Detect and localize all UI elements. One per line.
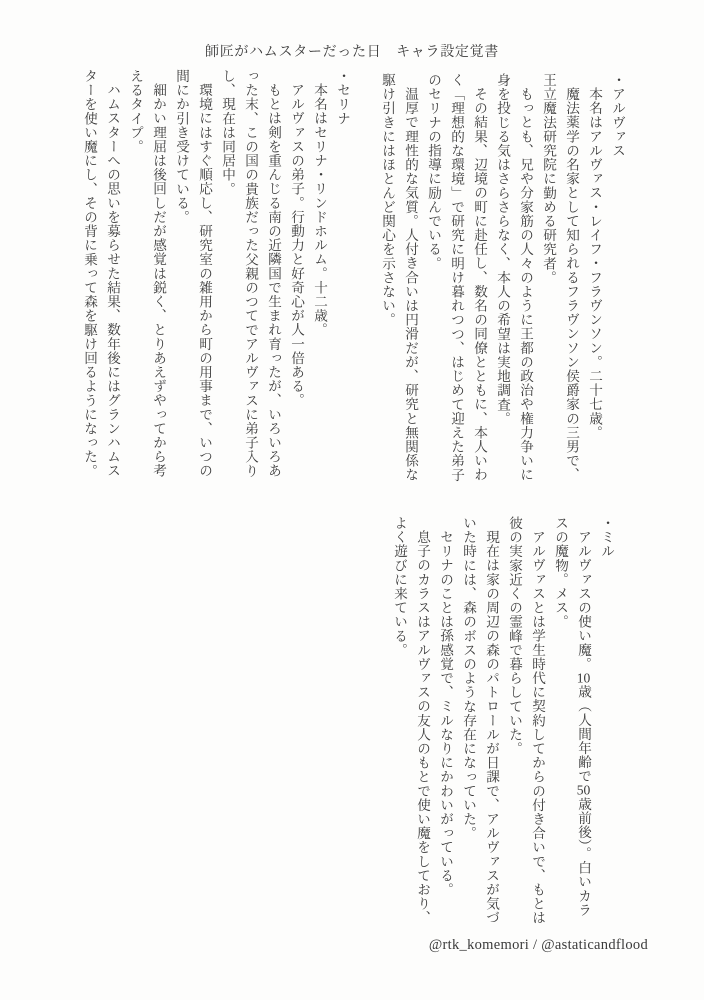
- paragraph: 環境にはすぐ順応し、研究室の雑用から町の用事まで、いつの間にか引き受けている。: [170, 69, 216, 481]
- paragraph: 本名はアルヴァス・レイフ・フラヴンソン。二十七歳。: [583, 73, 606, 485]
- section-alvas-heading: ・アルヴァス: [606, 73, 629, 485]
- paragraph: アルヴァスの弟子。行動力と好奇心が人一倍ある。: [285, 69, 308, 481]
- paragraph: セリナのことは孫感覚で、ミルなりにかわいがっている。: [434, 516, 457, 928]
- paragraph: アルヴァスとは学生時代に契約してからの付き合いで、もとは彼の実家近くの霊峰で暮ら…: [503, 516, 549, 928]
- section-mil-body: アルヴァスの使い魔。10歳（人間年齢で50歳前後）。白いカラスの魔物。メス。アル…: [388, 516, 595, 928]
- paragraph: もっとも、兄や分家筋の人々のように王都の政治や権力争いに身を投じる気はさらさらな…: [491, 73, 537, 485]
- section-serina-heading: ・セリナ: [331, 69, 354, 481]
- tatechuyoko-number: 50: [576, 783, 591, 797]
- document-page: { "page": { "title": "師匠がハムスターだった日 キャラ設定…: [0, 0, 704, 1000]
- paragraph: ハムスターへの思いを募らせた結果、数年後にはグランハムスターを使い魔にし、その背…: [78, 69, 124, 481]
- paragraph: 息子のカラスはアルヴァスの友人のもとで使い魔をしており、よく遊びに来ている。: [388, 516, 434, 928]
- paragraph: もとは剣を重んじる南の近隣国で生まれ育ったが、いろいろあった末、この国の貴族だっ…: [216, 69, 285, 481]
- section-mil-heading: ・ミル: [595, 516, 618, 928]
- paragraph: 現在は家の周辺の森のパトロールが日課で、アルヴァスが気づいた時には、森のボスのよ…: [457, 516, 503, 928]
- section-serina-body: 本名はセリナ・リンドホルム。十二歳。アルヴァスの弟子。行動力と好奇心が人一倍ある…: [78, 69, 331, 481]
- tatechuyoko-number: 10: [576, 671, 591, 685]
- paragraph: 本名はセリナ・リンドホルム。十二歳。: [308, 69, 331, 481]
- paragraph: 細かい理屈は後回しだが感覚は鋭く、とりあえずやってから考えるタイプ。: [124, 69, 170, 481]
- paragraph: その結果、辺境の町に赴任し、数名の同僚とともに、本人いわく「理想的な環境」で研究…: [422, 73, 491, 485]
- credit-line: @rtk_komemori / @astaticandflood: [429, 937, 648, 954]
- page-title: 師匠がハムスターだった日 キャラ設定覚書: [0, 41, 704, 61]
- section-alvas-body: 本名はアルヴァス・レイフ・フラヴンソン。二十七歳。魔法薬学の名家として知られるフ…: [376, 73, 606, 485]
- section-serina: ・セリナ 本名はセリナ・リンドホルム。十二歳。アルヴァスの弟子。行動力と好奇心が…: [78, 69, 354, 481]
- paragraph: 魔法薬学の名家として知られるフラヴンソン侯爵家の三男で、王立魔法研究院に勤める研…: [537, 73, 583, 485]
- paragraph: 温厚で理性的な気質。人付き合いは円滑だが、研究と無関係な駆け引きにはほとんど関心…: [376, 73, 422, 485]
- section-alvas: ・アルヴァス 本名はアルヴァス・レイフ・フラヴンソン。二十七歳。魔法薬学の名家と…: [376, 73, 629, 485]
- paragraph: アルヴァスの使い魔。10歳（人間年齢で50歳前後）。白いカラスの魔物。メス。: [549, 516, 595, 928]
- section-mil: ・ミル アルヴァスの使い魔。10歳（人間年齢で50歳前後）。白いカラスの魔物。メ…: [388, 516, 618, 928]
